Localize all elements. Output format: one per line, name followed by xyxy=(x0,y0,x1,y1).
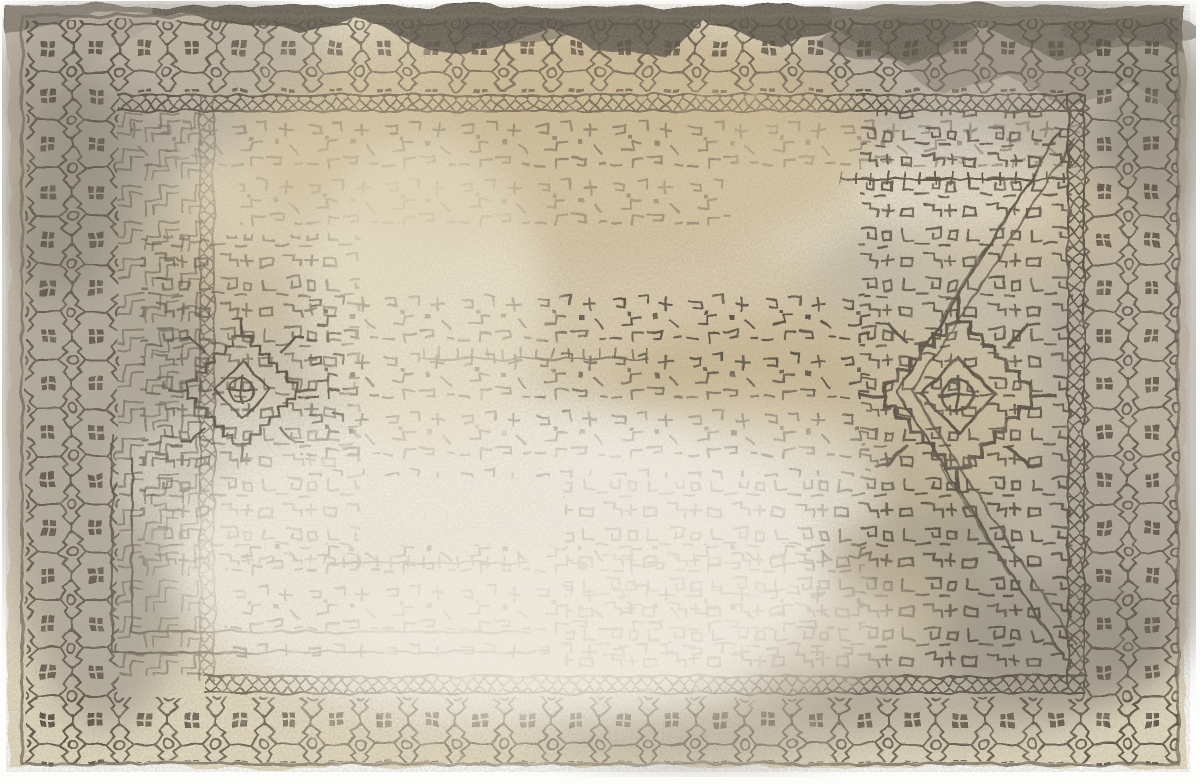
comb-line-1 xyxy=(840,172,1070,184)
border-band-bottom xyxy=(26,698,1176,762)
border-band-right xyxy=(1084,20,1178,764)
rug-image xyxy=(0,0,1200,784)
rug xyxy=(0,0,1200,772)
rug-product-photo xyxy=(0,0,1200,784)
border-band-left xyxy=(26,20,118,764)
